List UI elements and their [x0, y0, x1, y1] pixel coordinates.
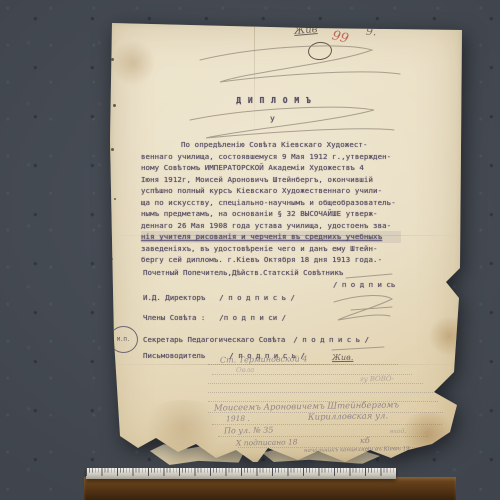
official-line: И.Д. Директоръ / п о д п и с ь /	[143, 293, 295, 302]
handwritten-note: кб	[360, 436, 370, 445]
body-line: заведеніяхъ, въ удостовѣреніе чего и дан…	[141, 243, 401, 255]
signature-placeholder: / п о д п и с ь /	[293, 335, 369, 344]
handwritten-note: 1918 .	[226, 414, 250, 423]
pencil-dash	[351, 307, 392, 310]
paper-stain	[112, 38, 154, 88]
pencil-dash	[332, 347, 384, 350]
body-line: Іюня 1912г, Моисей Ароновичъ Штейнбергъ,…	[141, 174, 401, 186]
handwritten-note: По ул. № 35	[224, 426, 274, 436]
paper-sheet: Жив 99 9. Д И П Л О М Ъ у По опредѣленію…	[108, 20, 464, 462]
pencil-oval-mark	[307, 41, 333, 61]
pencil-flourish	[334, 296, 392, 320]
handwritten-note: Овла	[236, 366, 255, 374]
body-line: веннаго училища, состоявшемуся 9 Мая 191…	[141, 151, 401, 163]
signature-placeholder: /п о д п и си /	[219, 313, 286, 322]
pencil-flourish	[190, 107, 394, 138]
form-dotted-line	[208, 383, 423, 384]
body-line: успѣшно полный курсъ Кіевскаго Художеств…	[141, 185, 401, 197]
cursive-pencil-note: Жив	[294, 24, 318, 37]
form-dotted-line	[212, 424, 442, 425]
handwritten-note: начальникъ канцеляріи въ Кіевѣ 19	[304, 446, 410, 454]
handwritten-note: Жив.	[332, 353, 353, 362]
body-line: нымъ предметамъ, на основаніи § 32 ВЫСОЧ…	[141, 208, 401, 220]
official-line: Секретарь Педагогическаго Совѣта / п о д…	[143, 335, 369, 344]
form-dotted-line	[218, 436, 428, 437]
paper-stain	[428, 316, 470, 356]
body-line: ща по искусству, спеціально-научнымъ и о…	[141, 197, 401, 209]
document-title: Д И П Л О М Ъ	[204, 96, 344, 105]
ruler-tick-marks	[86, 468, 396, 479]
official-role: Письмоводитель	[143, 351, 205, 360]
body-line: деннаго 26 Мая 1908 года устава училища,…	[141, 220, 401, 232]
paper-hole	[114, 198, 116, 200]
measuring-ruler	[86, 468, 396, 479]
official-line: Члены Совѣта : /п о д п и си /	[143, 313, 286, 322]
pencil-dash	[346, 274, 392, 278]
diploma-document: Жив 99 9. Д И П Л О М Ъ у По опредѣленію…	[108, 20, 464, 462]
handwritten-note: Кирилловская ул.	[308, 411, 388, 422]
handwritten-note: Х подписано 18	[236, 437, 298, 447]
photograph-of-diploma: Жив 99 9. Д И П Л О М Ъ у По опредѣленію…	[0, 0, 500, 500]
wooden-bar	[84, 477, 456, 500]
body-line: бергу сей дипломъ. г.Кіевъ Октября 18 дн…	[141, 254, 401, 266]
vertical-handwritten-note: В 31.12	[110, 392, 118, 417]
body-line: нія учителя рисованія и черченія въ сред…	[141, 231, 401, 243]
seal-placeholder: М.П.	[109, 326, 138, 353]
paper-hole	[111, 258, 113, 260]
red-pencil-number: 99	[330, 28, 350, 47]
body-line: По опредѣленію Совѣта Кіевскаго Художест…	[141, 139, 401, 151]
paper-hole	[111, 58, 114, 61]
handwritten-note: Ст. Терминовской 4	[220, 354, 308, 365]
body-line: ному Совѣтомъ ИМПЕРАТОРСКОЙ Академіи Худ…	[141, 162, 401, 174]
document-body: По опредѣленію Совѣта Кіевскаго Художест…	[141, 139, 401, 266]
official-role: Почетный Попечитель,Дѣйств.Статскій Совѣ…	[143, 268, 343, 277]
official-role: И.Д. Директоръ	[143, 293, 205, 302]
signature-placeholder: / п о д п и с ь /	[219, 293, 295, 302]
paper-hole	[111, 148, 114, 151]
fold-crease	[254, 24, 255, 136]
typed-mark-under-title: у	[270, 114, 275, 123]
official-role: Члены Совѣта :	[143, 313, 205, 322]
official-role: Секретарь Педагогическаго Совѣта	[143, 335, 285, 344]
pencil-flourish	[200, 46, 400, 82]
paper-hole	[113, 104, 116, 107]
form-dotted-line	[208, 392, 433, 393]
handwritten-note: гу ВОВО-	[360, 375, 394, 384]
pencil-number: 9.	[366, 25, 377, 39]
signature-placeholder: / п о д п и сь	[333, 280, 395, 289]
handwritten-note: вход.	[390, 428, 406, 435]
